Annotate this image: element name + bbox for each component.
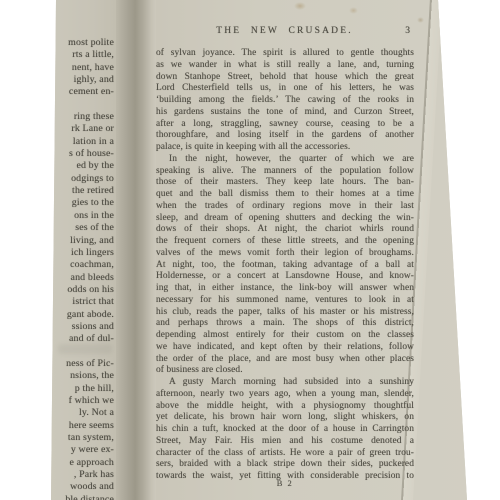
foxing-spot <box>417 17 424 23</box>
foxing-spot <box>349 7 358 14</box>
left-page-line: lation in a <box>40 136 114 148</box>
body-line: character of the class of artists. He wo… <box>156 448 414 460</box>
body-line: thoroughfare, and losing itself in the g… <box>156 130 414 142</box>
left-page-line: nsions, the <box>40 370 114 382</box>
body-line: Lord Chesterfield tells us, in one of hi… <box>156 83 414 95</box>
body-line: afternoon, nearly two years ago, when a … <box>156 389 414 401</box>
left-page-line: cement en- <box>40 86 114 98</box>
body-line: the order of the place, and are most bus… <box>156 354 414 366</box>
body-line: sleep, and dream of opening shutters and… <box>156 213 414 225</box>
body-line: the frequent corners of these little str… <box>156 236 414 248</box>
left-page-line: here seems <box>40 420 114 432</box>
left-page-line <box>40 346 114 358</box>
body-line: down Stanhope Street, behold that house … <box>156 72 414 84</box>
book-gutter-shadow <box>116 0 156 500</box>
left-page-line: ich lingers <box>40 247 114 259</box>
left-page-line: nent, have <box>40 62 114 74</box>
left-page-line: odgings to <box>40 173 114 185</box>
left-page-line: ssions and <box>40 321 114 333</box>
body-line: necessary for his summoned name, venture… <box>156 295 414 307</box>
left-page-line: , Park has <box>40 469 114 481</box>
left-page-line: istrict that <box>40 296 114 308</box>
body-line: palace, is quite in keeping with all the… <box>156 142 414 154</box>
body-line: his gardens sustains the tone of mind, a… <box>156 107 414 119</box>
left-page-line: rk Lane or <box>40 123 114 135</box>
body-line: of sylvan joyance. The spirit is allured… <box>156 48 414 60</box>
left-page-line: ed by the <box>40 160 114 172</box>
body-line: his chin a tuft, knocked at the door of … <box>156 424 414 436</box>
body-line: ‘building among the fields.’ The cawing … <box>156 95 414 107</box>
body-line: A gusty March morning had subsided into … <box>156 377 414 389</box>
body-line: ing that, in either instance, the link-b… <box>156 283 414 295</box>
left-page-line: s of house- <box>40 148 114 160</box>
left-page-line: ighly, and <box>40 74 114 86</box>
page-number: 3 <box>405 26 410 36</box>
left-page-line: coachman, <box>40 259 114 271</box>
left-page-line: ons in the <box>40 210 114 222</box>
body-line: above the middle height, with a physiogn… <box>156 401 414 413</box>
left-page-line: and of dul- <box>40 333 114 345</box>
left-page-line: rts a little, <box>40 49 114 61</box>
left-page-line: ring these <box>40 111 114 123</box>
body-line: after a long, straggling, sawney course,… <box>156 119 414 131</box>
body-line: quet and the ball dismiss them to their … <box>156 189 414 201</box>
page-header: THE NEW CRUSADE. 3 <box>156 26 413 38</box>
left-page-line: e approach <box>40 457 114 469</box>
body-line: as we wander in what is still really a l… <box>156 60 414 72</box>
body-line: Holdernesse, or a concert at Lansdowne H… <box>156 271 414 283</box>
left-page-line: ble distance <box>40 494 114 500</box>
body-line: At night, too, the footman, taking advan… <box>156 260 414 272</box>
left-page-line: f which we <box>40 395 114 407</box>
left-page-line: living, and <box>40 235 114 247</box>
left-page-line: ness of Pic- <box>40 358 114 370</box>
body-line: valves of the mews vomit forth their leg… <box>156 248 414 260</box>
body-line: In the night, however, the quarter of wh… <box>156 154 414 166</box>
left-page-line: p the hill, <box>40 383 114 395</box>
left-page-line: odds on his <box>40 284 114 296</box>
left-page-line: the retired <box>40 185 114 197</box>
body-line: of business are closed. <box>156 365 414 377</box>
body-line: sers, braided with a black stripe down t… <box>156 459 414 471</box>
left-page-line <box>40 99 114 111</box>
body-text: of sylvan joyance. The spirit is allured… <box>156 48 414 483</box>
left-page-line: most polite <box>40 37 114 49</box>
left-page-text: most politerts a little,nent, haveighly,… <box>40 37 114 500</box>
left-page-line: and bleeds <box>40 272 114 284</box>
body-line: those of their masters. They keep late h… <box>156 177 414 189</box>
body-line: speaking is alive. The manners of the po… <box>156 166 414 178</box>
left-page-line: gant abode. <box>40 309 114 321</box>
left-page-line: woods and <box>40 481 114 493</box>
body-line: his club, reads the paper, talks of his … <box>156 307 414 319</box>
left-page-line: ses of the <box>40 222 114 234</box>
book-photo: THE NEW CRUSADE. 3 of sylvan joyance. Th… <box>0 0 500 500</box>
left-page-line: gies to the <box>40 197 114 209</box>
body-line: yet delicate, his brown hair worn long, … <box>156 412 414 424</box>
running-title: THE NEW CRUSADE. <box>156 26 413 36</box>
left-page-line: y were ex- <box>40 444 114 456</box>
body-line: Street, May Fair. His mien and his costu… <box>156 436 414 448</box>
body-line: we have indicated, and kept often by the… <box>156 342 414 354</box>
body-line: dows of their shops. At night, the chari… <box>156 224 414 236</box>
left-page-line: ly. Not a <box>40 407 114 419</box>
left-page-line: tan system, <box>40 432 114 444</box>
foxing-spot <box>294 2 306 10</box>
body-line: depending almost entirely for their cust… <box>156 330 414 342</box>
signature-mark: B 2 <box>156 478 414 488</box>
body-line: when the trades of ordinary regions move… <box>156 201 414 213</box>
body-line: and perhaps throws a main. The shops of … <box>156 318 414 330</box>
